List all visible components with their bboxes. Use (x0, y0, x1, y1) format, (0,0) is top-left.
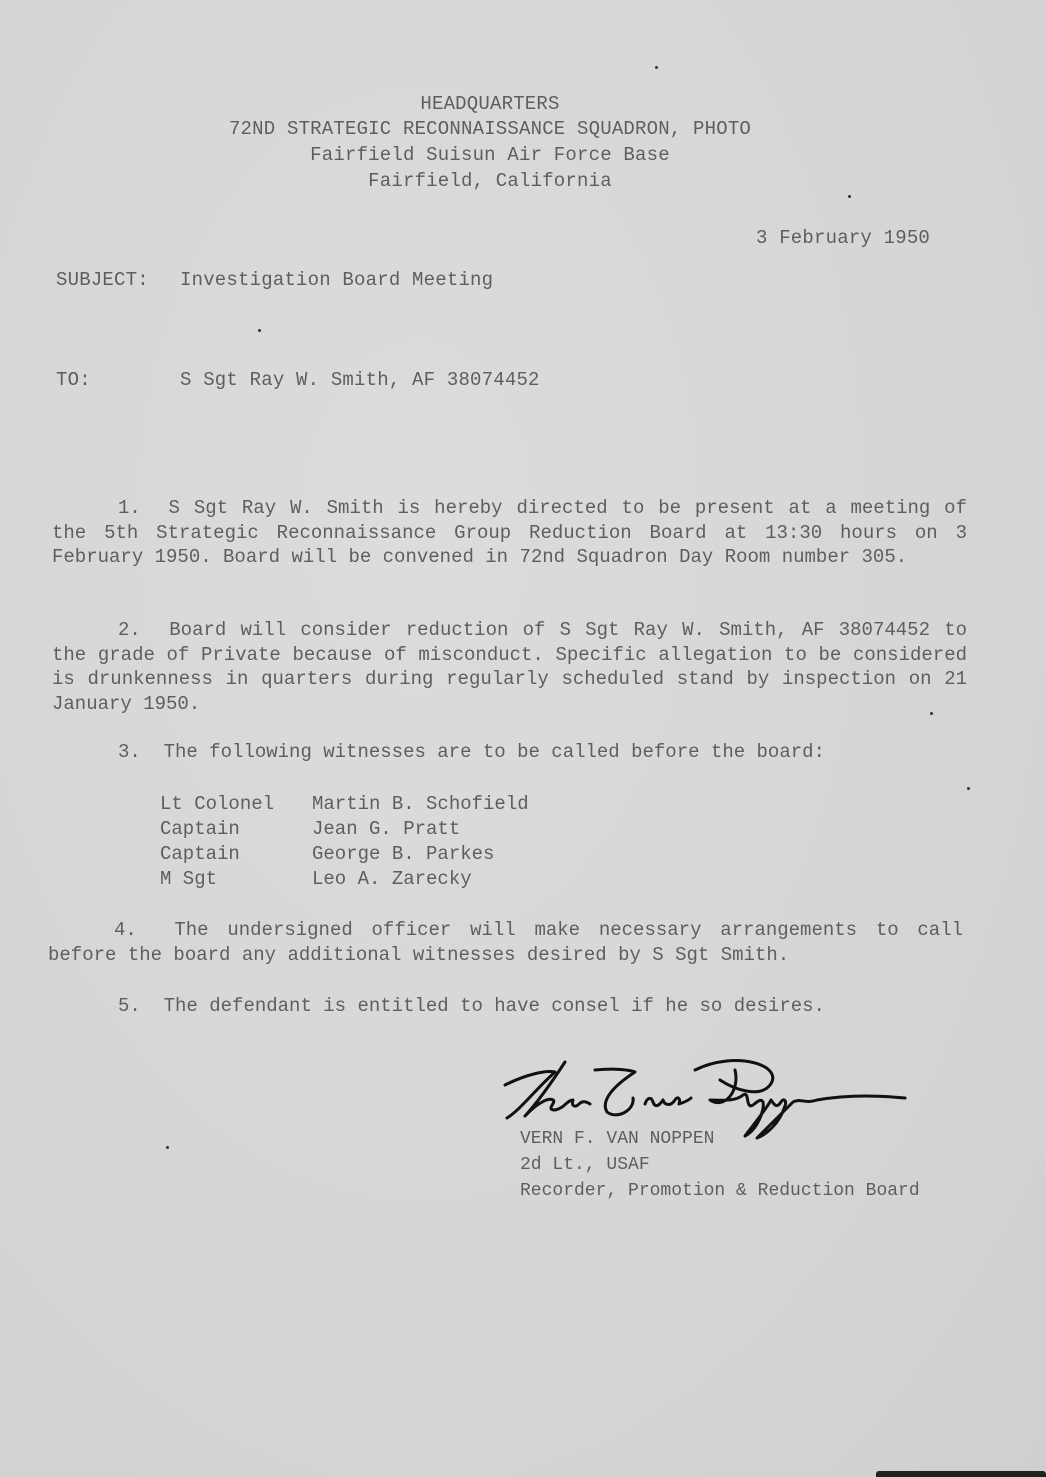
witness-rank: Captain (160, 842, 312, 867)
letterhead-unit: 72ND STRATEGIC RECONNAISSANCE SQUADRON, … (90, 117, 890, 141)
paragraph-number: 3. (118, 741, 141, 763)
witness-list: Lt ColonelMartin B. Schofield CaptainJea… (160, 792, 529, 892)
letterhead-location: Fairfield, California (90, 169, 890, 193)
witness-rank: Lt Colonel (160, 792, 312, 817)
paragraph-number: 4. (114, 919, 137, 941)
witness-name: Martin B. Schofield (312, 792, 529, 817)
paragraph-number: 2. (118, 619, 141, 641)
letterhead-headquarters: HEADQUARTERS (90, 92, 890, 116)
witness-name: Leo A. Zarecky (312, 867, 472, 892)
witness-row: CaptainGeorge B. Parkes (160, 842, 529, 867)
paper-speck (967, 787, 970, 790)
paragraph-text: S Sgt Ray W. Smith is hereby directed to… (52, 497, 967, 568)
witness-row: CaptainJean G. Pratt (160, 817, 529, 842)
to-label: TO: (56, 368, 91, 392)
witness-rank: M Sgt (160, 867, 312, 892)
to-value: S Sgt Ray W. Smith, AF 38074452 (180, 368, 540, 392)
paragraph-5: 5. The defendant is entitled to have con… (52, 994, 967, 1019)
paragraph-3: 3. The following witnesses are to be cal… (52, 740, 967, 765)
document-date: 3 February 1950 (756, 226, 930, 250)
subject-label: SUBJECT: (56, 268, 149, 292)
signature-block: VERN F. VAN NOPPEN 2d Lt., USAF Recorder… (520, 1126, 920, 1204)
paragraph-4: 4. The undersigned officer will make nec… (48, 918, 963, 967)
paragraph-text: The undersigned officer will make necess… (48, 919, 963, 966)
paragraph-text: The defendant is entitled to have consel… (164, 995, 825, 1017)
subject-value: Investigation Board Meeting (180, 268, 493, 292)
paragraph-number: 1. (118, 497, 141, 519)
witness-rank: Captain (160, 817, 312, 842)
witness-row: M SgtLeo A. Zarecky (160, 867, 529, 892)
paper-speck (258, 329, 261, 332)
paper-speck (848, 195, 851, 198)
witness-name: Jean G. Pratt (312, 817, 460, 842)
paper-speck (655, 66, 658, 69)
paragraph-text: Board will consider reduction of S Sgt R… (52, 619, 967, 715)
signer-name: VERN F. VAN NOPPEN (520, 1126, 920, 1152)
paper-speck (166, 1146, 169, 1149)
torn-paper-edge (876, 1471, 1046, 1477)
signer-grade: 2d Lt., USAF (520, 1152, 920, 1178)
witness-name: George B. Parkes (312, 842, 494, 867)
paragraph-2: 2. Board will consider reduction of S Sg… (52, 618, 967, 716)
paragraph-text: The following witnesses are to be called… (164, 741, 825, 763)
signer-title: Recorder, Promotion & Reduction Board (520, 1178, 920, 1204)
paragraph-number: 5. (118, 995, 141, 1017)
witness-row: Lt ColonelMartin B. Schofield (160, 792, 529, 817)
paragraph-1: 1. S Sgt Ray W. Smith is hereby directed… (52, 496, 967, 570)
paper-speck (930, 712, 933, 715)
letterhead-base: Fairfield Suisun Air Force Base (90, 143, 890, 167)
